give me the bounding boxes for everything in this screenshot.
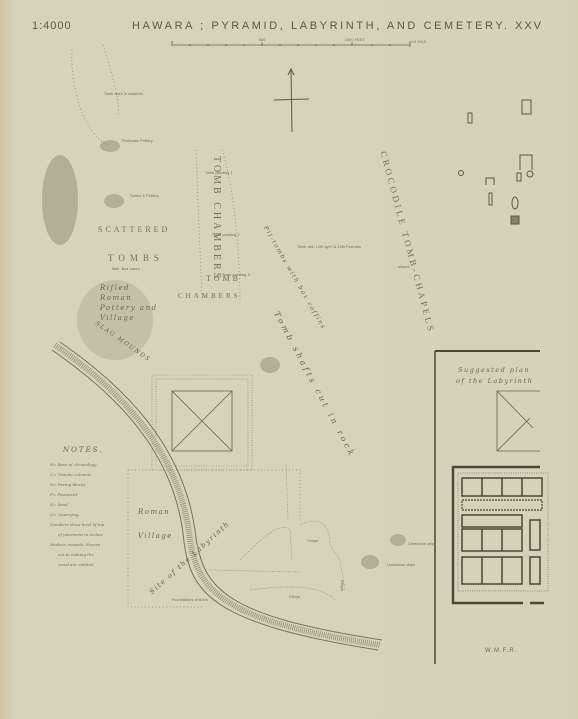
notes-list: B= Base of chronology C= Granite columns…	[50, 460, 104, 570]
notes-line: out in making the	[50, 550, 104, 560]
scale-bar	[172, 41, 410, 47]
scale-label-feet: 1000 FEET	[345, 38, 365, 42]
notes-line: C= Granite columns	[50, 470, 104, 480]
notes-heading: NOTES.	[63, 446, 103, 454]
map-drawing	[0, 0, 578, 719]
label-foundations: Foundations of Brick	[172, 598, 208, 602]
chapel-plans	[459, 100, 534, 224]
notes-line: of pavement in inches	[50, 530, 104, 540]
label-tombs-pottery: Tombs & Pottery	[130, 194, 159, 198]
notes-line: Numbers show level of top	[50, 520, 104, 530]
notes-line: B= Base of chronology	[50, 460, 104, 470]
label-rifled-roman-pottery: Rifled Roman Pottery and Village	[100, 283, 160, 323]
label-chips-1: Chips	[307, 538, 318, 543]
inset-signature: W.M.F.R.	[485, 648, 517, 654]
label-portraits: Tomb with 12th dyn'l & 13th Portraits	[297, 245, 361, 249]
notes-line: Modern mounds, thrown	[50, 540, 104, 550]
inset-frame	[435, 351, 540, 664]
north-arrow-icon	[274, 69, 309, 132]
label-limestone-chips-2: Limestone chips	[387, 563, 415, 567]
label-tomb-painting-3: Tomb painting 3	[222, 273, 250, 277]
label-tomb-painting-2: Tomb painting 2	[212, 233, 240, 237]
label-roman-village: Roman Village	[138, 500, 183, 548]
label-limestone-chips-1: Limestone chips	[408, 542, 436, 546]
label-scattered: SCATTERED	[98, 225, 170, 234]
notes-line: P= Pavement	[50, 490, 104, 500]
label-tombs: TOMBS	[108, 253, 164, 263]
label-tomb-work-chamber: Tomb work in chamber	[104, 92, 143, 96]
inset-title-line1: Suggested plan	[458, 366, 530, 374]
labyrinth-plan	[453, 467, 548, 603]
notes-line: S= Sand	[50, 500, 104, 510]
label-tomb-painting-1: Tomb painting 1	[205, 171, 233, 175]
notes-line: Q= Quarrying	[50, 510, 104, 520]
label-mound: Mound	[398, 265, 410, 269]
inset-title-line2: of the Labyrinth	[456, 377, 533, 385]
label-chambers-lower: CHAMBERS	[178, 292, 241, 300]
notes-line: R= Paving blocks	[50, 480, 104, 490]
label-wall-box: Wall, Box cases	[112, 267, 140, 271]
notes-line: canal are omitted	[50, 560, 104, 570]
label-ptolemaic-pottery: Ptolemaic Pottery	[122, 139, 153, 143]
pyramid	[172, 391, 232, 451]
scale-label-mile: 1/4 MILE	[411, 40, 427, 44]
scale-label-mid: 500	[259, 38, 265, 42]
label-chips-2: Chips	[289, 594, 300, 599]
label-chips-3: Chips	[340, 580, 345, 591]
